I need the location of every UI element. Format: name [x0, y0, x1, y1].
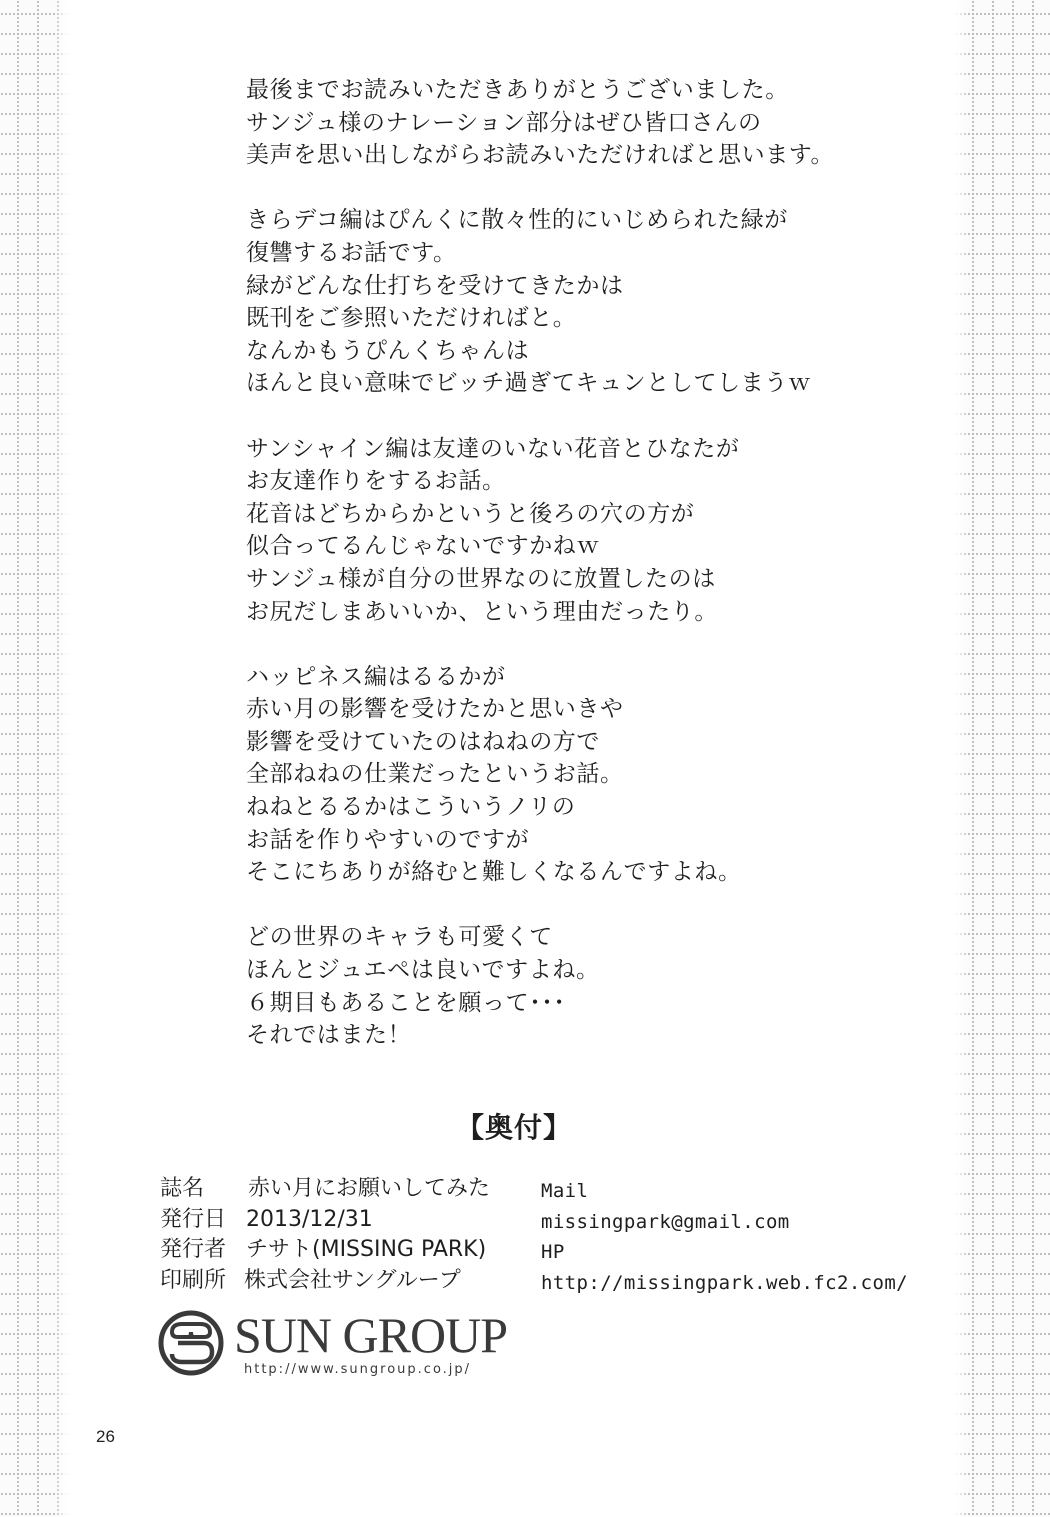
hp-url: http://missingpark.web.fc2.com/ — [541, 1268, 908, 1299]
hp-label: HP — [541, 1237, 908, 1268]
afterword-paragraph: 最後までお読みいただきありがとうございました。 サンジュ様のナレーション部分はぜ… — [246, 74, 886, 172]
sun-group-logo-icon — [158, 1310, 224, 1376]
text-line: 影響を受けていたのはねねの方で — [246, 726, 886, 759]
text-line: どの世界のキャラも可愛くて — [246, 921, 886, 954]
text-line: ほんとジュエペは良いですよね。 — [246, 954, 886, 987]
text-line: 全部ねねの仕業だったというお話。 — [246, 758, 886, 791]
colophon-value: 株式会社サングループ — [244, 1266, 461, 1297]
colophon-value: 赤い月にお願いしてみた — [248, 1174, 490, 1205]
text-line: そこにちありが絡むと難しくなるんですよね。 — [246, 856, 886, 889]
text-line: 美声を思い出しながらお読みいただければと思います。 — [246, 139, 886, 172]
logo-name: SUN GROUP — [234, 1310, 507, 1360]
text-line: お尻だしまあいいか、という理由だったり。 — [246, 596, 886, 629]
decorative-dotted-border-right — [955, 0, 1050, 1517]
afterword-paragraph: きらデコ編はぴんくに散々性的にいじめられた緑が 復讐するお話です。 緑がどんな仕… — [246, 204, 886, 400]
text-line: サンジュ様のナレーション部分はぜひ皆口さんの — [246, 107, 886, 140]
text-line: ハッピネス編はるるかが — [246, 661, 886, 694]
text-line: お友達作りをするお話。 — [246, 465, 886, 498]
colophon-heading: 【奥付】 — [456, 1106, 572, 1146]
text-line: それではまた！ — [246, 1019, 886, 1052]
colophon-value: チサト(MISSING PARK) — [246, 1235, 486, 1266]
text-line: 緑がどんな仕打ちを受けてきたかは — [246, 270, 886, 303]
colophon-label: 発行者 — [160, 1235, 246, 1266]
text-line: なんかもうぴんくちゃんは — [246, 335, 886, 368]
logo-url: http://www.sungroup.co.jp/ — [244, 1362, 507, 1377]
text-line: きらデコ編はぴんくに散々性的にいじめられた緑が — [246, 204, 886, 237]
text-line: ほんと良い意味でビッチ過ぎてキュンとしてしまうｗ — [246, 367, 886, 400]
text-line: 最後までお読みいただきありがとうございました。 — [246, 74, 886, 107]
colophon-row-date: 発行日 2013/12/31 — [160, 1205, 490, 1236]
text-line: ねねとるるかはこういうノリの — [246, 791, 886, 824]
colophon-label: 誌名 — [160, 1174, 248, 1205]
colophon-details: 誌名 赤い月にお願いしてみた 発行日 2013/12/31 発行者 チサト(MI… — [160, 1174, 490, 1296]
page-number: 26 — [96, 1427, 115, 1447]
printer-logo: SUN GROUP http://www.sungroup.co.jp/ — [158, 1310, 528, 1380]
afterword-text: 最後までお読みいただきありがとうございました。 サンジュ様のナレーション部分はぜ… — [246, 74, 886, 1084]
colophon-row-printer: 印刷所 株式会社サングループ — [160, 1266, 490, 1297]
colophon-label: 印刷所 — [160, 1266, 244, 1297]
contact-info: Mail missingpark@gmail.com HP http://mis… — [541, 1176, 908, 1298]
logo-text: SUN GROUP http://www.sungroup.co.jp/ — [234, 1310, 507, 1377]
colophon-value: 2013/12/31 — [246, 1205, 373, 1236]
text-line: 似合ってるんじゃないですかねｗ — [246, 530, 886, 563]
decorative-dotted-border-left — [0, 0, 68, 1517]
colophon-label: 発行日 — [160, 1205, 246, 1236]
text-line: サンジュ様が自分の世界なのに放置したのは — [246, 563, 886, 596]
afterword-paragraph: どの世界のキャラも可愛くて ほんとジュエペは良いですよね。 ６期目もあることを願… — [246, 921, 886, 1051]
afterword-paragraph: ハッピネス編はるるかが 赤い月の影響を受けたかと思いきや 影響を受けていたのはね… — [246, 661, 886, 889]
text-line: 復讐するお話です。 — [246, 237, 886, 270]
text-line: 既刊をご参照いただければと。 — [246, 302, 886, 335]
text-line: お話を作りやすいのですが — [246, 824, 886, 857]
text-line: 花音はどちからかというと後ろの穴の方が — [246, 498, 886, 531]
text-line: サンシャイン編は友達のいない花音とひなたが — [246, 433, 886, 466]
afterword-paragraph: サンシャイン編は友達のいない花音とひなたが お友達作りをするお話。 花音はどちか… — [246, 433, 886, 629]
mail-label: Mail — [541, 1176, 908, 1207]
colophon-row-title: 誌名 赤い月にお願いしてみた — [160, 1174, 490, 1205]
mail-address: missingpark@gmail.com — [541, 1207, 908, 1238]
colophon-row-publisher: 発行者 チサト(MISSING PARK) — [160, 1235, 490, 1266]
text-line: ６期目もあることを願って･･･ — [246, 987, 886, 1020]
text-line: 赤い月の影響を受けたかと思いきや — [246, 693, 886, 726]
